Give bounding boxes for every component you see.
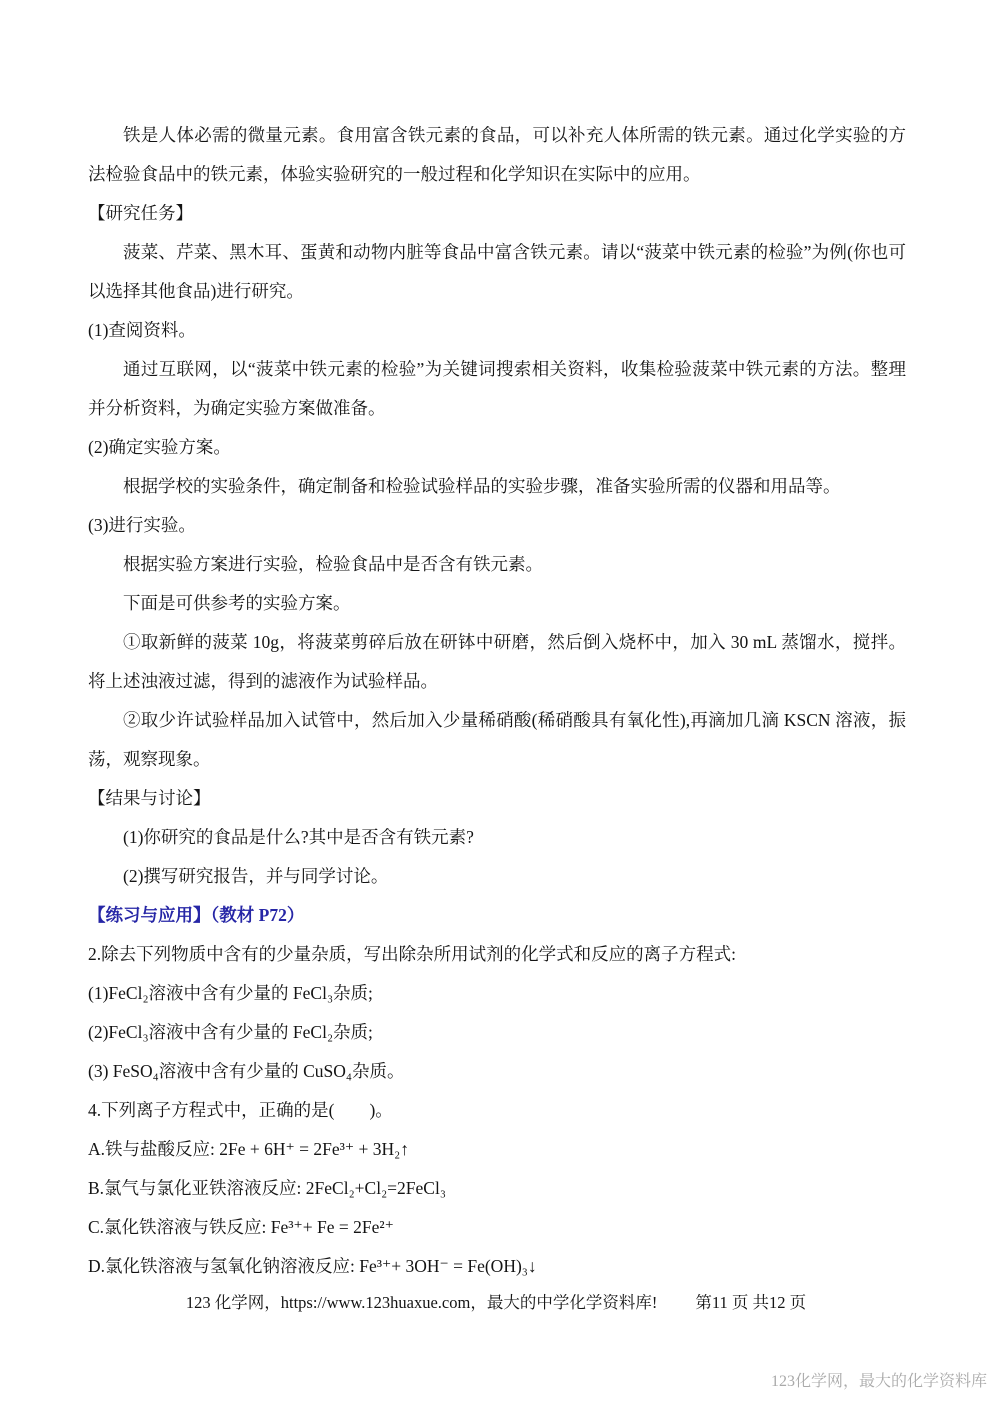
question-4-option-c: C.氯化铁溶液与铁反应: Fe³⁺+ Fe = 2Fe²⁺ <box>88 1208 906 1247</box>
footer-page-number: 第11 页 共12 页 <box>695 1291 806 1315</box>
page-footer: 123 化学网，https://www.123huaxue.com，最大的中学化… <box>0 1291 992 1315</box>
footer-site-info: 123 化学网，https://www.123huaxue.com，最大的中学化… <box>186 1293 657 1312</box>
experiment-step-1: ①取新鲜的菠菜 10g，将菠菜剪碎后放在研钵中研磨，然后倒入烧杯中，加入 30 … <box>88 623 906 701</box>
paragraph-intro: 铁是人体必需的微量元素。食用富含铁元素的食品，可以补充人体所需的铁元素。通过化学… <box>88 116 906 194</box>
paragraph-reference-plan: 下面是可供参考的实验方案。 <box>88 584 906 623</box>
question-2-stem: 2.除去下列物质中含有的少量杂质，写出除杂所用试剂的化学式和反应的离子方程式: <box>88 935 906 974</box>
heading-research-task: 【研究任务】 <box>88 194 906 233</box>
question-4-option-d: D.氯化铁溶液与氢氧化钠溶液反应: Fe³⁺+ 3OH⁻ = Fe(OH)₃↓ <box>88 1247 906 1286</box>
step-label-do-experiment: (3)进行实验。 <box>88 506 906 545</box>
question-4-option-b: B.氯气与氯化亚铁溶液反应: 2FeCl₂+Cl₂=2FeCl₃ <box>88 1169 906 1208</box>
question-2-sub-3: (3) FeSO₄溶液中含有少量的 CuSO₄杂质。 <box>88 1052 906 1091</box>
paragraph-experiment-detail: 根据实验方案进行实验，检验食品中是否含有铁元素。 <box>88 545 906 584</box>
step-label-confirm-plan: (2)确定实验方案。 <box>88 428 906 467</box>
paragraph-internet-search: 通过互联网，以“菠菜中铁元素的检验”为关键词搜索相关资料，收集检验菠菜中铁元素的… <box>88 350 906 428</box>
paragraph-iron-rich-foods: 菠菜、芹菜、黑木耳、蛋黄和动物内脏等食品中富含铁元素。请以“菠菜中铁元素的检验”… <box>88 233 906 311</box>
document-body: 铁是人体必需的微量元素。食用富含铁元素的食品，可以补充人体所需的铁元素。通过化学… <box>88 116 906 1286</box>
question-2-sub-2: (2)FeCl₃溶液中含有少量的 FeCl₂杂质; <box>88 1013 906 1052</box>
heading-results-discussion: 【结果与讨论】 <box>88 779 906 818</box>
question-4-stem: 4.下列离子方程式中，正确的是( )。 <box>88 1091 906 1130</box>
watermark-text: 123化学网，最大的化学资料库 <box>771 1371 987 1393</box>
question-2-sub-1: (1)FeCl₂溶液中含有少量的 FeCl₃杂质; <box>88 974 906 1013</box>
paragraph-plan-detail: 根据学校的实验条件，确定制备和检验试验样品的实验步骤，准备实验所需的仪器和用品等… <box>88 467 906 506</box>
discussion-question-1: (1)你研究的食品是什么?其中是否含有铁元素? <box>88 818 906 857</box>
document-page: 铁是人体必需的微量元素。食用富含铁元素的食品，可以补充人体所需的铁元素。通过化学… <box>0 0 992 1403</box>
step-label-check-materials: (1)查阅资料。 <box>88 311 906 350</box>
question-4-option-a: A.铁与盐酸反应: 2Fe + 6H⁺ = 2Fe³⁺ + 3H₂↑ <box>88 1130 906 1169</box>
heading-practice-application: 【练习与应用】（教材 P72） <box>88 896 906 935</box>
discussion-question-2: (2)撰写研究报告，并与同学讨论。 <box>88 857 906 896</box>
experiment-step-2: ②取少许试验样品加入试管中，然后加入少量稀硝酸(稀硝酸具有氧化性),再滴加几滴 … <box>88 701 906 779</box>
